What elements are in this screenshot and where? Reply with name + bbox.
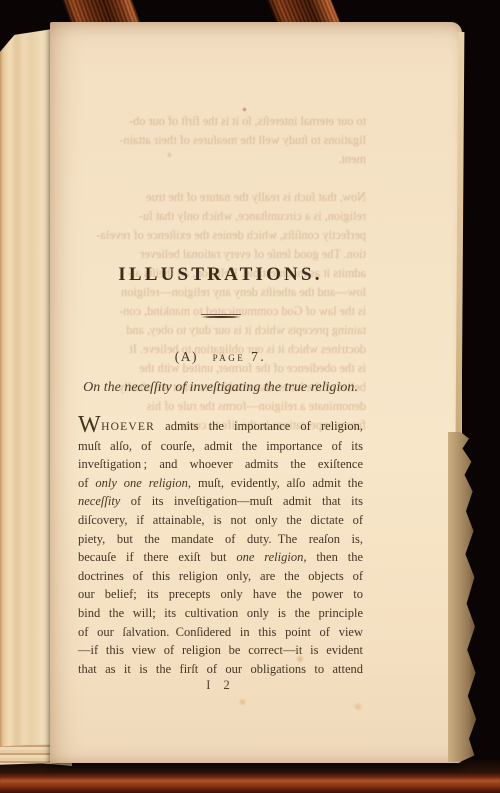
body-line: bind the will; its cultivation only is t…: [78, 604, 363, 623]
body-line: that as it is the firſt of our obligatio…: [78, 660, 363, 679]
ghost-line: taining precepts which it is our duty to…: [78, 321, 366, 340]
section-subtitle: On the neceſſity of inveſtigating the tr…: [78, 380, 363, 396]
body-paragraph: WHOEVER admits the importance of religio…: [78, 417, 363, 678]
text-segment: diſcovery, if attainable, is not only th…: [78, 513, 363, 527]
rule-line-thin: [201, 314, 241, 315]
italic-text: one religion: [236, 550, 303, 564]
ghost-line: religion, is a circumſtance, which only …: [78, 207, 366, 226]
ghost-line: perfectly conſiſts, which denies the exi…: [78, 226, 366, 245]
text-segment: of its inveſtigation—muſt admit that its: [120, 494, 363, 508]
body-line: our belief; its precepts only have the p…: [78, 585, 363, 604]
italic-text: only one religion: [95, 476, 188, 490]
body-line: becauſe if there exiſt but one religion,…: [78, 548, 363, 567]
text-segment: our belief; its precepts only have the p…: [78, 587, 363, 601]
text-segment: HOEVER: [101, 421, 155, 433]
fore-edge-rough: [448, 432, 478, 762]
text-segment: becauſe if there exiſt but: [78, 550, 236, 564]
ghost-line: to our eternal intereſts, ſo it is the f…: [78, 112, 366, 131]
italic-text: neceſſity: [78, 494, 120, 508]
text-segment: , then the: [303, 550, 363, 564]
text-segment: of our ſalvation. Conſidered in this poi…: [78, 625, 363, 639]
signature-mark: I 2: [78, 678, 363, 693]
text-segment: —if this view of religion be correct—it …: [78, 643, 363, 657]
photo-of-antique-book: { "scene": { "background_color": "#0a050…: [0, 0, 500, 793]
section-heading: (A) page 7.: [78, 349, 363, 365]
page-title: ILLUSTRATIONS.: [78, 264, 363, 286]
body-line: of our ſalvation. Conſidered in this poi…: [78, 623, 363, 642]
body-line: inveſtigation ; and whoever admits the e…: [78, 455, 363, 474]
body-line: piety, but the mandate of duty. The reaſ…: [78, 530, 363, 549]
text-segment: that as it is the firſt of our obligatio…: [78, 662, 363, 676]
text-segment: doctrines of this religion only, are the…: [78, 569, 363, 583]
ghost-line: is the law of God communicated to mankin…: [78, 302, 366, 321]
body-line: of only one religion, muſt, evidently, a…: [78, 474, 363, 493]
text-segment: inveſtigation ; and whoever admits the e…: [78, 457, 363, 471]
ghost-line: [78, 169, 366, 188]
rule-line-swelled: [201, 316, 241, 318]
ghost-line: denominate a religion—forms the rule of …: [78, 397, 366, 416]
text-segment: bind the will; its cultivation only is t…: [78, 606, 363, 620]
text-segment: piety, but the mandate of duty. The reaſ…: [78, 532, 363, 546]
ghost-line: ment.: [78, 150, 366, 169]
body-line: neceſſity of its inveſtigation—muſt admi…: [78, 492, 363, 511]
body-line: doctrines of this religion only, are the…: [78, 567, 363, 586]
ghost-line: ligations to ſtudy well the meaſures of …: [78, 131, 366, 150]
ghost-line: tion. The good ſenſe of every rational b…: [78, 245, 366, 264]
shelf-highlight: [0, 779, 500, 782]
wooden-shelf: [0, 760, 500, 793]
section-label: (A): [175, 349, 198, 364]
section-page-ref: page 7.: [213, 349, 267, 364]
ghost-line: Now, that ſuch is really the nature of t…: [78, 188, 366, 207]
text-segment: of: [78, 476, 95, 490]
body-line: WHOEVER admits the importance of religio…: [78, 417, 363, 437]
body-line: diſcovery, if attainable, is not only th…: [78, 511, 363, 530]
section-rule: [201, 314, 241, 318]
text-segment: muſt alſo, of courſe, admit the importan…: [78, 439, 363, 453]
text-segment: admits the importance of religion,: [155, 419, 363, 433]
drop-initial: W: [78, 412, 101, 438]
text-segment: , muſt, evidently, alſo admit the: [188, 476, 363, 490]
body-line: muſt alſo, of courſe, admit the importan…: [78, 437, 363, 456]
body-line: —if this view of religion be correct—it …: [78, 641, 363, 660]
